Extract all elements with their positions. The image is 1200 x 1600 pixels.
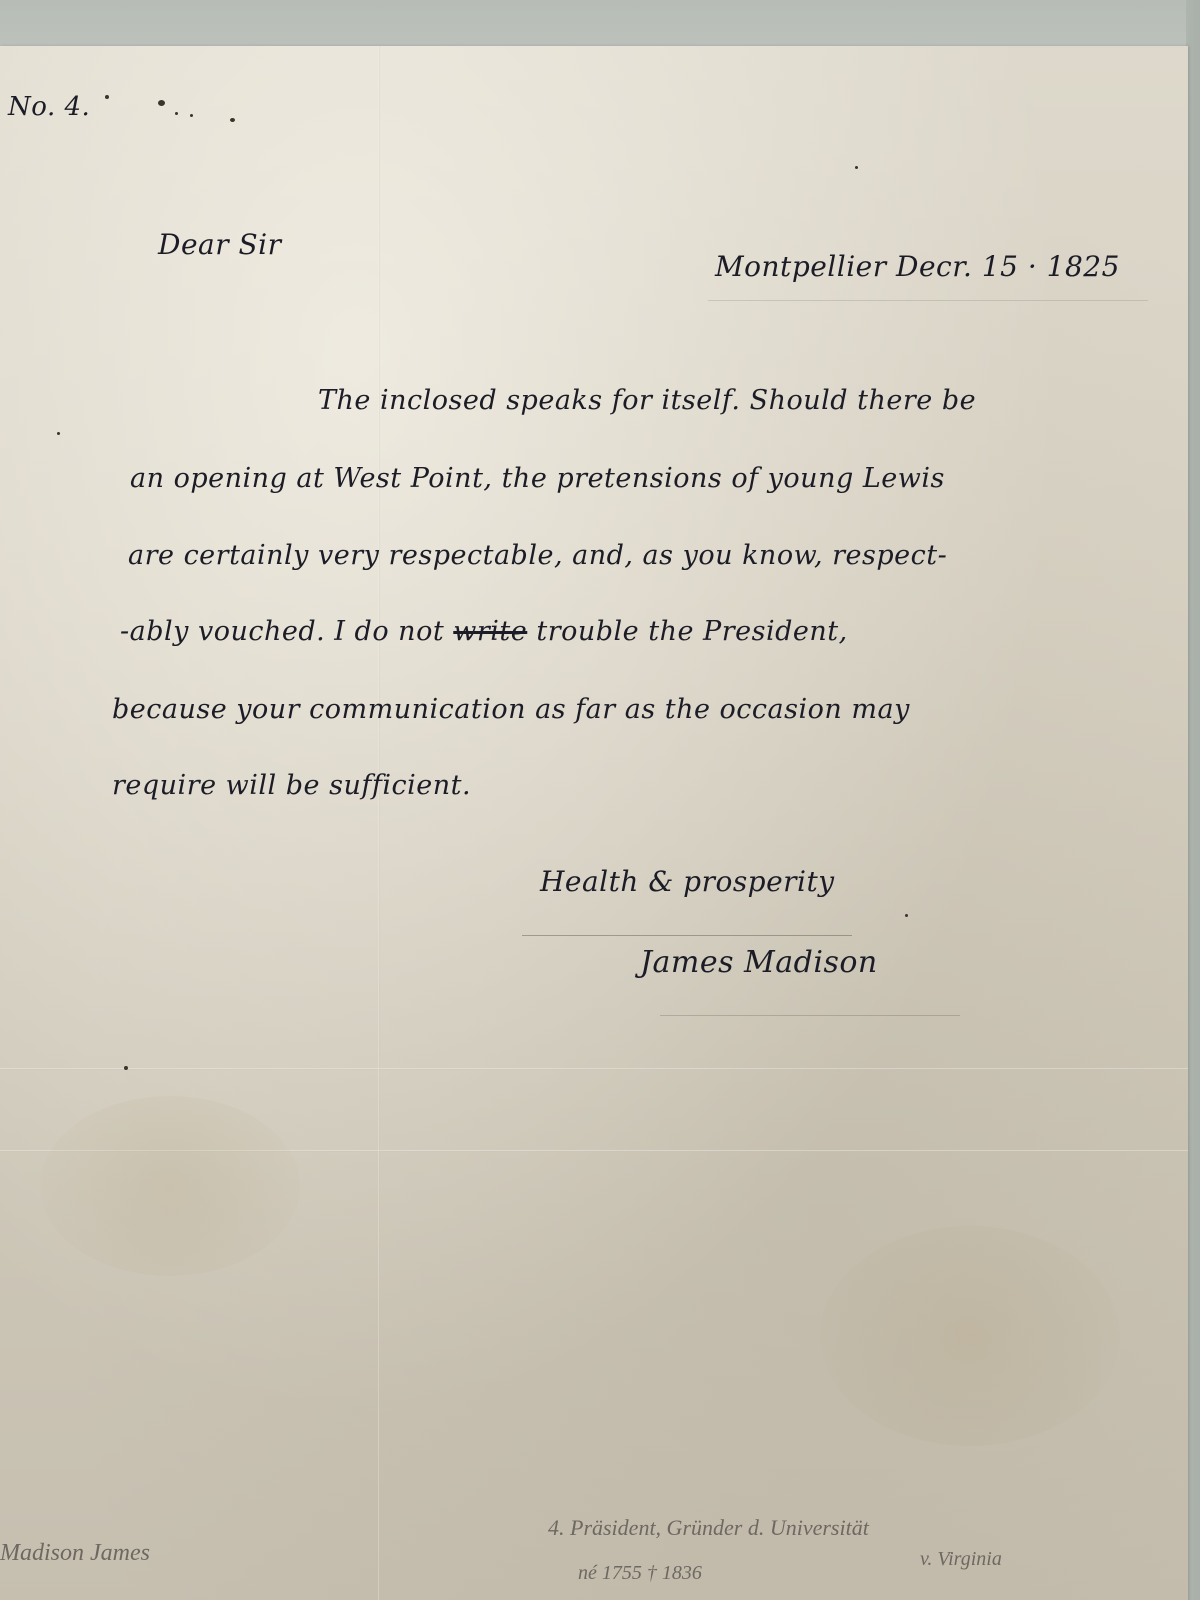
pencil-caption-line-1: 4. Präsident, Gründer d. Universität — [548, 1515, 869, 1541]
fold-line — [0, 1068, 1188, 1070]
body-line-2: an opening at West Point, the pretension… — [130, 463, 945, 494]
body-line-5: because your communication as far as the… — [112, 694, 910, 725]
mount-board-top — [0, 0, 1200, 48]
ink-blot — [190, 114, 193, 117]
place-date: Montpellier Decr. 15 · 1825 — [715, 250, 1120, 283]
pencil-caption-line-2: né 1755 † 1836 — [578, 1562, 702, 1585]
ink-speck — [855, 166, 858, 169]
salutation: Dear Sir — [158, 228, 282, 261]
ink-blot — [175, 112, 178, 115]
mount-board-right — [1186, 0, 1200, 1600]
body-line-6: require will be sufficient. — [112, 770, 471, 801]
body-line-4-start: -ably vouched. I do not — [120, 616, 444, 647]
header-mark: No. 4. — [8, 92, 90, 122]
ruled-line — [660, 1015, 960, 1016]
struck-word: write — [453, 616, 527, 647]
body-line-1: The inclosed speaks for itself. Should t… — [318, 385, 976, 416]
ink-speck — [57, 432, 60, 435]
ink-blot — [230, 118, 235, 122]
body-line-4-end: trouble the President, — [536, 616, 847, 647]
pencil-name-label: Madison James — [0, 1540, 150, 1567]
body-line-3: are certainly very respectable, and, as … — [128, 540, 947, 571]
ink-speck — [905, 914, 908, 917]
ink-blot — [158, 100, 165, 106]
fold-line — [378, 46, 380, 1600]
ink-blot — [105, 95, 109, 99]
pencil-caption-right: v. Virginia — [920, 1548, 1002, 1571]
ruled-line — [708, 300, 1148, 301]
ink-speck — [124, 1066, 128, 1070]
ruled-line — [522, 935, 852, 936]
signature: James Madison — [640, 945, 878, 980]
paper-stain — [40, 1096, 300, 1276]
body-line-4: -ably vouched. I do not write trouble th… — [120, 616, 848, 647]
paper-stain — [820, 1226, 1120, 1446]
closing: Health & prosperity — [540, 865, 835, 898]
